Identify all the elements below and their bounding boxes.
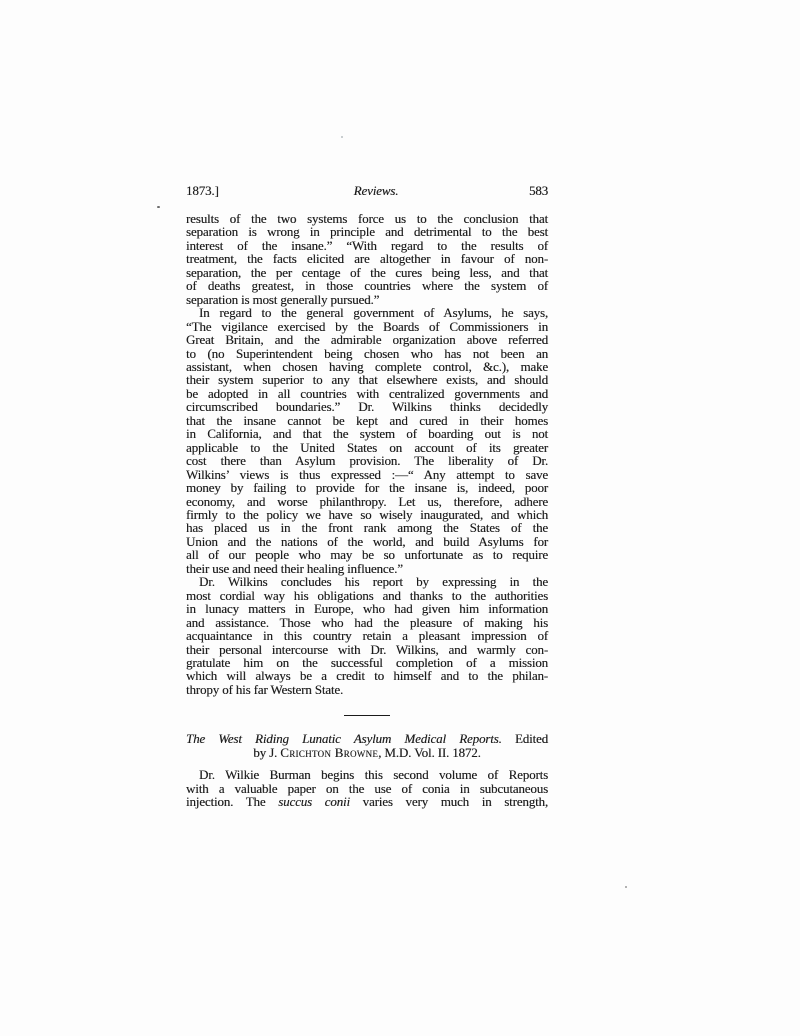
text-line: Union and the nations of the world, and …: [186, 535, 548, 548]
review-citation: The West Riding Lunatic Asylum Medical R…: [186, 732, 548, 759]
paragraph: In regard to the general government of A…: [186, 306, 548, 575]
text-line: results of the two systems force us to t…: [186, 212, 548, 225]
page-number: 583: [514, 184, 548, 197]
text-line: to (no Superintendent being chosen who h…: [186, 347, 548, 360]
text-line: all of our people who may be so unfortun…: [186, 548, 548, 561]
text-line: “The vigilance exercised by the Boards o…: [186, 320, 548, 333]
text-line: acquaintance in this country retain a pl…: [186, 629, 548, 642]
text-line: with a valuable paper on the use of coni…: [186, 782, 548, 795]
ink-speck: [625, 886, 627, 888]
text-line: money by failing to provide for the insa…: [186, 481, 548, 494]
paragraph: Dr. Wilkins concludes his report by expr…: [186, 575, 548, 696]
text-line: applicable to the United States on accou…: [186, 441, 548, 454]
text-line: Dr. Wilkie Burman begins this second vol…: [186, 768, 548, 781]
text-line: separation, the per centage of the cures…: [186, 266, 548, 279]
text-line: firmly to the policy we have so wisely i…: [186, 508, 548, 521]
ink-speck: [341, 136, 343, 138]
text-line: has placed us in the front rank among th…: [186, 521, 548, 534]
text-line: separation is wrong in principle and det…: [186, 225, 548, 238]
text-line: circumscribed boundaries.” Dr. Wilkins t…: [186, 400, 548, 413]
review-body: results of the two systems force us to t…: [186, 212, 548, 696]
text-line: thropy of his far Western State.: [186, 683, 548, 696]
text-line: separation is most generally pursued.”: [186, 293, 548, 306]
text-line: their use and need their healing influen…: [186, 562, 548, 575]
citation-suffix: , M.D. Vol. II. 1872.: [378, 745, 481, 760]
text-line: injection. The succus conii varies very …: [186, 795, 548, 808]
text-column: 1873.] Reviews. 583 results of the two s…: [186, 184, 548, 809]
text-line: Dr. Wilkins concludes his report by expr…: [186, 575, 548, 588]
text-line: gratulate him on the successful completi…: [186, 656, 548, 669]
text-line: that the insane cannot be kept and cured…: [186, 414, 548, 427]
text-line: which will always be a credit to himself…: [186, 669, 548, 682]
text-line: in California, and that the system of bo…: [186, 427, 548, 440]
text-line: their system superior to any that elsewh…: [186, 373, 548, 386]
paragraph: Dr. Wilkie Burman begins this second vol…: [186, 768, 548, 808]
text-line: In regard to the general government of A…: [186, 306, 548, 319]
text-line: and assistance. Those who had the pleasu…: [186, 616, 548, 629]
running-head: 1873.] Reviews. 583: [186, 184, 548, 198]
text-line: Great Britain, and the admirable organiz…: [186, 333, 548, 346]
text-line: their personal intercourse with Dr. Wilk…: [186, 643, 548, 656]
section-divider: [344, 715, 390, 716]
text-line: economy, and worse philanthropy. Let us,…: [186, 495, 548, 508]
text-line: be adopted in all countries with central…: [186, 387, 548, 400]
scanned-book-page: 1873.] Reviews. 583 results of the two s…: [0, 0, 800, 1036]
text-line: interest of the insane.” “With regard to…: [186, 239, 548, 252]
text-line: cost there than Asylum provision. The li…: [186, 454, 548, 467]
citation-line-2: by J. Crichton Browne, M.D. Vol. II. 187…: [186, 746, 548, 759]
paragraph: results of the two systems force us to t…: [186, 212, 548, 306]
second-review-body: Dr. Wilkie Burman begins this second vol…: [186, 768, 548, 808]
text-line: Wilkins’ views is thus expressed :—“ Any…: [186, 468, 548, 481]
text-line: treatment, the facts elicited are altoge…: [186, 252, 548, 265]
text-line: most cordial way his obligations and tha…: [186, 589, 548, 602]
citation-edited: Edited: [515, 731, 548, 746]
ink-speck: [157, 206, 160, 208]
running-head-year: 1873.]: [186, 184, 238, 197]
text-line: assistant, when chosen having complete c…: [186, 360, 548, 373]
text-line: in lunacy matters in Europe, who had giv…: [186, 602, 548, 615]
citation-by: by J.: [253, 745, 280, 760]
text-line: of deaths greatest, in those countries w…: [186, 279, 548, 292]
citation-line-1: The West Riding Lunatic Asylum Medical R…: [186, 732, 548, 745]
citation-editor: Crichton Browne: [280, 745, 378, 760]
running-head-title: Reviews.: [238, 184, 514, 197]
